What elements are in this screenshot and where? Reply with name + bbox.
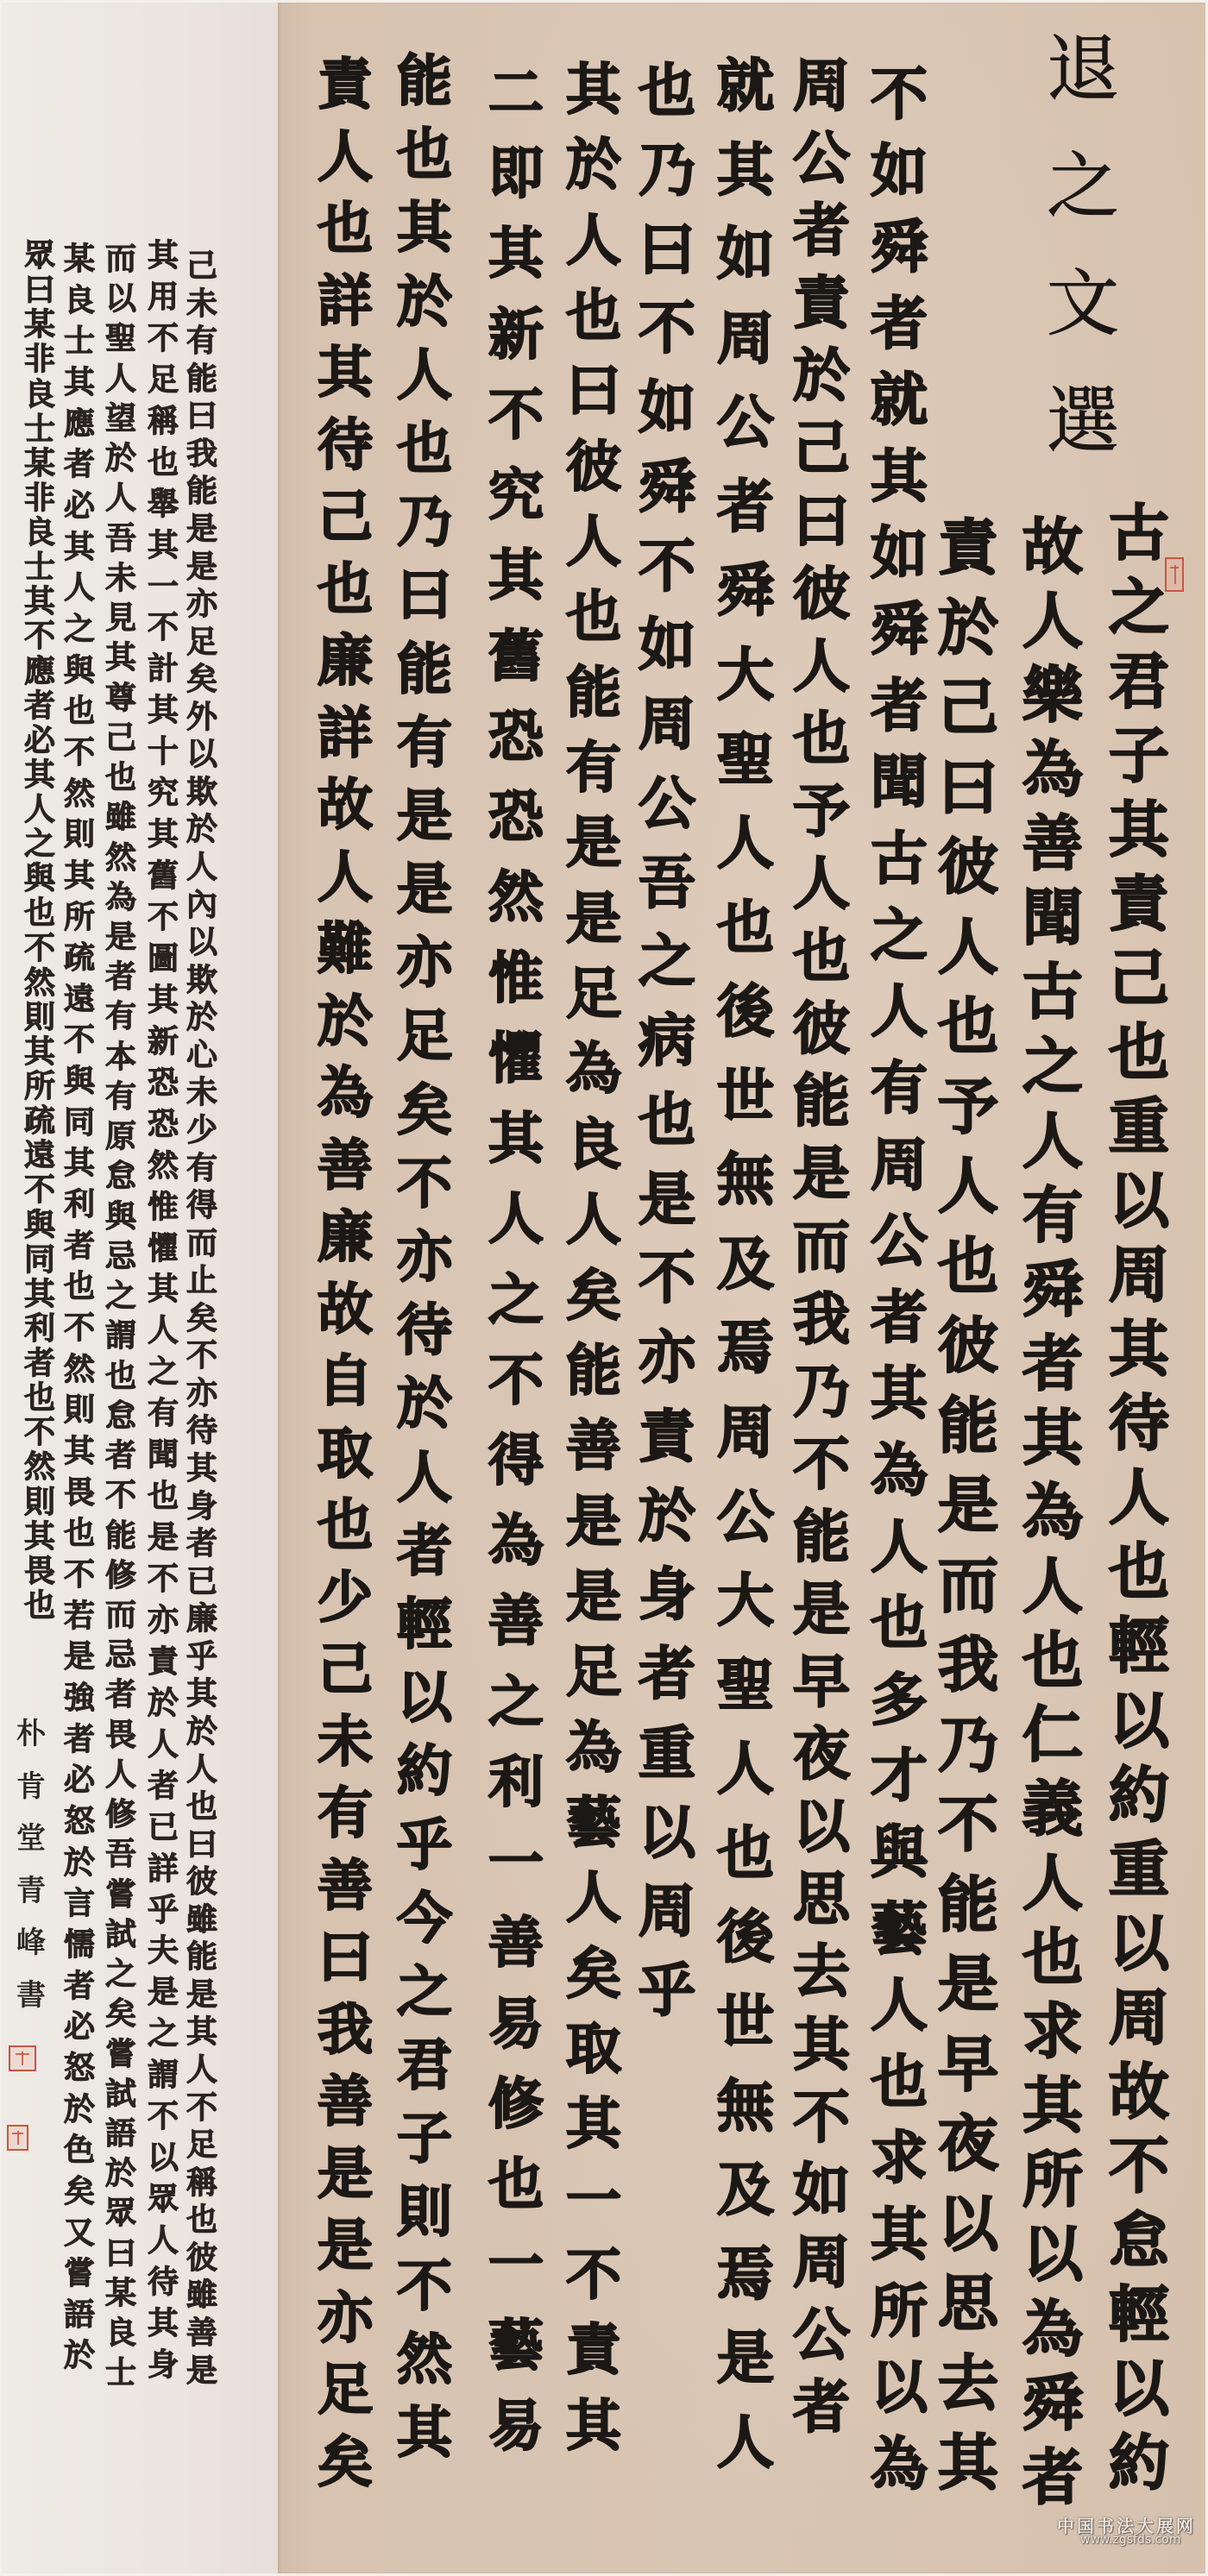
calligraphy-glyph: 聞 (1022, 888, 1083, 948)
calligraphy-glyph: 畏 (64, 1478, 95, 1509)
calligraphy-glyph: 為 (1022, 1482, 1083, 1542)
calligraphy-glyph: 也 (639, 1092, 695, 1149)
calligraphy-glyph: 取 (566, 2022, 621, 2077)
calligraphy-glyph: 舊 (488, 630, 544, 685)
calligraphy-glyph: 能 (566, 1344, 621, 1399)
calligraphy-glyph: 以 (793, 1799, 850, 1856)
calligraphy-glyph: 懦 (64, 1930, 95, 1961)
calligraphy-glyph: 也 (397, 422, 452, 477)
calligraphy-glyph: 我 (318, 2003, 373, 2058)
calligraphy-glyph: 也 (105, 1361, 136, 1392)
calligraphy-glyph: 於 (566, 138, 621, 193)
calligraphy-glyph: 其 (717, 142, 774, 199)
calligraphy-glyph: 其 (566, 2097, 621, 2152)
calligraphy-glyph: 是 (566, 1495, 621, 1550)
calligraphy-glyph: 朴 (16, 1719, 46, 1749)
calligraphy-glyph: 其 (1022, 1408, 1083, 1468)
calligraphy-glyph: 難 (318, 922, 373, 977)
calligraphy-glyph: 不 (64, 1560, 95, 1591)
calligraphy-glyph: 及 (717, 1236, 774, 1293)
calligraphy-glyph: 之 (488, 1675, 544, 1731)
calligraphy-glyph: 善 (1022, 814, 1083, 874)
calligraphy-glyph: 亦 (639, 1329, 695, 1386)
calligraphy-glyph: 去 (938, 2353, 998, 2414)
calligraphy-glyph: 也 (397, 128, 452, 183)
calligraphy-glyph: 者 (1022, 2447, 1083, 2508)
calligraphy-glyph: 同 (24, 1245, 55, 1276)
calligraphy-glyph: 有 (148, 1398, 179, 1429)
calligraphy-glyph: 其 (64, 368, 95, 399)
calligraphy-glyph: 修 (488, 2077, 544, 2133)
calligraphy-glyph: 恐 (488, 790, 544, 845)
calligraphy-glyph: 待 (148, 2267, 179, 2298)
calligraphy-glyph: 有 (871, 1060, 928, 1117)
calligraphy-glyph: 之 (871, 908, 928, 964)
calligraphy-glyph: 人 (1022, 1556, 1083, 1617)
calligraphy-glyph: 人 (148, 1316, 179, 1347)
calligraphy-glyph: 矣 (186, 1304, 217, 1335)
calligraphy-glyph: 望 (105, 404, 136, 435)
main-text-column-8: 其於人也曰彼人也能有是是足為良人矣能善是是足為藝人矣取其一不責其 (557, 63, 630, 2454)
calligraphy-glyph: 而 (186, 1228, 217, 1260)
calligraphy-glyph: 嘗 (64, 2259, 95, 2290)
calligraphy-glyph: 疏 (24, 1106, 55, 1137)
calligraphy-glyph: 曰 (186, 401, 217, 432)
calligraphy-glyph: 也 (24, 898, 55, 929)
calligraphy-glyph: 彼 (938, 1316, 998, 1376)
calligraphy-glyph: 責 (1109, 874, 1169, 934)
main-text-column-1: 古之君子其責己也重以周其待人也輕以約重以周故不怠輕以約 (1100, 503, 1178, 2493)
calligraphy-glyph: 舜 (871, 219, 928, 276)
calligraphy-glyph: 疏 (64, 943, 95, 974)
calligraphy-glyph: 於 (105, 2158, 136, 2190)
calligraphy-glyph: 有 (318, 1787, 373, 1842)
calligraphy-glyph: 乃 (793, 1364, 850, 1421)
calligraphy-glyph: 利 (64, 1190, 95, 1221)
calligraphy-glyph: 故 (318, 1283, 373, 1338)
calligraphy-glyph: 也 (148, 448, 179, 479)
calligraphy-glyph: 言 (64, 1888, 95, 1919)
calligraphy-glyph: 尊 (105, 683, 136, 714)
calligraphy-glyph: 其 (871, 2207, 928, 2264)
calligraphy-glyph: 亦 (186, 1379, 217, 1410)
calligraphy-glyph: 也 (105, 763, 136, 794)
calligraphy-glyph: 試 (105, 2079, 136, 2110)
calligraphy-glyph: 病 (639, 1013, 695, 1070)
calligraphy-glyph: 未 (186, 1078, 217, 1109)
calligraphy-glyph: 怠 (105, 1401, 136, 1432)
calligraphy-glyph: 不 (938, 1794, 998, 1855)
calligraphy-glyph: 以 (186, 739, 217, 770)
calligraphy-glyph: 亦 (397, 936, 452, 991)
calligraphy-glyph: 周 (717, 1404, 774, 1461)
calligraphy-glyph: 良 (24, 380, 55, 411)
calligraphy-glyph: 欺 (186, 777, 217, 808)
calligraphy-glyph: 之 (148, 1357, 179, 1388)
calligraphy-glyph: 身 (639, 1567, 695, 1624)
calligraphy-glyph: 懼 (488, 1032, 544, 1087)
calligraphy-glyph: 藝 (566, 1796, 621, 1851)
calligraphy-glyph: 也 (1022, 1630, 1083, 1691)
calligraphy-glyph: 責 (148, 1647, 179, 1678)
calligraphy-glyph: 其 (1022, 2076, 1083, 2136)
calligraphy-glyph: 世 (717, 1068, 774, 1125)
calligraphy-glyph: 不 (64, 738, 95, 769)
calligraphy-glyph: 其 (148, 2309, 179, 2340)
calligraphy-glyph: 予 (793, 783, 850, 840)
calligraphy-glyph: 有 (105, 1002, 136, 1033)
calligraphy-glyph: 及 (717, 2162, 774, 2219)
colophon-column-2: 其用不足稱也舉其一不計其十究其舊不圖其新恐恐然惟懼其人之有聞也是不亦責於人者已詳… (144, 241, 182, 2381)
calligraphy-glyph: 者 (793, 203, 850, 260)
calligraphy-glyph: 以 (938, 2194, 998, 2254)
calligraphy-glyph: 人 (148, 2226, 179, 2257)
calligraphy-glyph: 雖 (186, 2280, 217, 2311)
calligraphy-glyph: 舜 (1022, 1260, 1083, 1320)
calligraphy-glyph: 周 (1109, 1245, 1169, 1305)
calligraphy-glyph: 焉 (717, 2246, 774, 2303)
calligraphy-glyph: 是 (186, 552, 217, 583)
calligraphy-glyph: 與 (24, 1210, 55, 1241)
calligraphy-glyph: 乃 (938, 1715, 998, 1775)
scroll-title: 退之文選 (1038, 33, 1128, 457)
calligraphy-glyph: 有 (105, 1082, 136, 1113)
calligraphy-glyph: 如 (639, 380, 695, 437)
calligraphy-glyph: 於 (64, 2095, 95, 2126)
calligraphy-glyph: 然 (24, 968, 55, 999)
calligraphy-glyph: 不 (397, 2259, 452, 2315)
calligraphy-glyph: 大 (717, 1573, 774, 1630)
calligraphy-glyph: 若 (64, 1601, 95, 1632)
calligraphy-glyph: 怠 (105, 1161, 136, 1192)
calligraphy-glyph: 不 (639, 1250, 695, 1307)
calligraphy-glyph: 己 (186, 251, 217, 282)
calligraphy-glyph: 者 (64, 1725, 95, 1756)
calligraphy-glyph: 人 (566, 214, 621, 269)
calligraphy-glyph: 而 (938, 1555, 998, 1616)
calligraphy-glyph: 人 (148, 1730, 179, 1761)
calligraphy-glyph: 善 (566, 1419, 621, 1474)
calligraphy-glyph: 以 (397, 1671, 452, 1726)
calligraphy-glyph: 子 (397, 2112, 452, 2167)
calligraphy-glyph: 則 (24, 1002, 55, 1034)
calligraphy-glyph: 止 (186, 1266, 217, 1297)
calligraphy-glyph: 乃 (639, 142, 695, 199)
calligraphy-glyph: 眾 (24, 241, 55, 272)
calligraphy-glyph: 周 (793, 2234, 850, 2291)
calligraphy-glyph: 其 (186, 1679, 217, 1710)
calligraphy-glyph: 人 (566, 1193, 621, 1248)
calligraphy-glyph: 人 (64, 573, 95, 604)
calligraphy-glyph: 樂 (1022, 665, 1083, 726)
calligraphy-glyph: 得 (488, 1434, 544, 1489)
calligraphy-glyph: 十 (148, 737, 179, 768)
calligraphy-glyph: 二 (488, 66, 544, 122)
calligraphy-glyph: 人 (793, 638, 850, 695)
calligraphy-glyph: 士 (24, 414, 55, 445)
calligraphy-glyph: 堂 (16, 1824, 46, 1853)
calligraphy-glyph: 新 (488, 308, 544, 363)
calligraphy-glyph: 不 (639, 538, 695, 595)
calligraphy-glyph: 恐 (488, 710, 544, 765)
calligraphy-glyph: 未 (105, 563, 136, 594)
calligraphy-glyph: 是 (397, 789, 452, 845)
calligraphy-glyph: 舜 (871, 601, 928, 658)
calligraphy-glyph: 古 (871, 831, 928, 888)
calligraphy-glyph: 於 (186, 1717, 217, 1748)
calligraphy-glyph: 己 (318, 1643, 373, 1698)
calligraphy-glyph: 廉 (186, 1604, 217, 1635)
calligraphy-glyph: 所 (871, 2284, 928, 2340)
calligraphy-glyph: 輕 (1109, 2284, 1169, 2345)
calligraphy-glyph: 少 (318, 1571, 373, 1626)
seal-stamp-icon (1165, 557, 1184, 592)
calligraphy-glyph: 人 (318, 130, 373, 185)
calligraphy-glyph: 古 (1022, 962, 1083, 1022)
calligraphy-glyph: 惟 (488, 952, 544, 1007)
calligraphy-glyph: 為 (105, 883, 136, 914)
calligraphy-glyph: 易 (488, 1997, 544, 2052)
calligraphy-glyph: 青 (16, 1876, 46, 1906)
calligraphy-glyph: 未 (318, 1715, 373, 1770)
main-text-column-5: 周公者責於己曰彼人也予人也彼能是而我乃不能是早夜以思去其不如周公者 (784, 58, 859, 2436)
calligraphy-glyph: 是 (566, 816, 621, 871)
calligraphy-glyph: 不 (148, 324, 179, 355)
calligraphy-glyph: 之 (105, 1959, 136, 1990)
calligraphy-glyph: 是 (64, 1642, 95, 1673)
calligraphy-glyph: 公 (871, 1213, 928, 1270)
calligraphy-glyph: 有 (397, 716, 452, 771)
calligraphy-glyph: 良 (566, 1118, 621, 1173)
calligraphy-glyph: 是 (148, 1523, 179, 1554)
calligraphy-glyph: 不 (148, 1564, 179, 1595)
calligraphy-glyph: 必 (64, 2012, 95, 2043)
calligraphy-glyph: 其 (1109, 1319, 1169, 1379)
calligraphy-glyph: 所 (24, 1071, 55, 1103)
calligraphy-glyph: 人 (186, 2055, 217, 2086)
calligraphy-glyph: 待 (1109, 1393, 1169, 1454)
calligraphy-glyph: 矣 (397, 1084, 452, 1139)
calligraphy-glyph: 遠 (64, 984, 95, 1015)
calligraphy-glyph: 選 (1047, 385, 1119, 457)
calligraphy-glyph: 非 (24, 483, 55, 514)
calligraphy-glyph: 者 (105, 1680, 136, 1711)
calligraphy-glyph: 新 (148, 1027, 179, 1058)
calligraphy-glyph: 良 (64, 286, 95, 317)
main-text-column-7: 也乃曰不如舜不如周公吾之病也是不亦責於身者重以周乎 (630, 63, 704, 2020)
calligraphy-glyph: 曰 (397, 569, 452, 624)
calligraphy-glyph: 者 (24, 1348, 55, 1379)
calligraphy-glyph: 能 (938, 1396, 998, 1456)
calligraphy-glyph: 待 (397, 1304, 452, 1359)
calligraphy-glyph: 重 (1109, 1096, 1169, 1157)
calligraphy-glyph: 身 (148, 2350, 179, 2381)
calligraphy-glyph: 欺 (186, 965, 217, 996)
calligraphy-glyph: 責 (639, 1409, 695, 1466)
calligraphy-glyph: 也 (64, 1518, 95, 1549)
calligraphy-glyph: 其 (488, 549, 544, 604)
calligraphy-glyph: 是 (793, 1581, 850, 1638)
calligraphy-glyph: 聖 (717, 732, 774, 789)
calligraphy-glyph: 其 (186, 2017, 217, 2048)
calligraphy-glyph: 能 (186, 1942, 217, 1973)
calligraphy-glyph: 亦 (318, 2291, 373, 2347)
calligraphy-glyph: 曰 (105, 2239, 136, 2270)
calligraphy-glyph: 足 (566, 1645, 621, 1700)
calligraphy-glyph: 利 (24, 1314, 55, 1345)
calligraphy-glyph: 責 (318, 58, 373, 113)
calligraphy-glyph: 有 (1022, 1185, 1083, 1246)
calligraphy-glyph: 者 (148, 1771, 179, 1802)
calligraphy-glyph: 畏 (105, 1720, 136, 1751)
calligraphy-glyph: 就 (717, 58, 774, 115)
calligraphy-glyph: 不 (148, 613, 179, 644)
calligraphy-glyph: 為 (871, 2436, 928, 2493)
calligraphy-glyph: 一 (148, 572, 179, 603)
calligraphy-glyph: 恐 (148, 1068, 179, 1099)
calligraphy-glyph: 者 (105, 1441, 136, 1472)
calligraphy-glyph: 能 (397, 54, 452, 110)
calligraphy-glyph: 然 (488, 870, 544, 926)
calligraphy-glyph: 義 (1022, 1779, 1083, 1839)
calligraphy-glyph: 舜 (1022, 2373, 1083, 2434)
calligraphy-glyph: 乎 (148, 1895, 179, 1926)
calligraphy-glyph: 足 (186, 2130, 217, 2161)
calligraphy-glyph: 語 (64, 2300, 95, 2331)
calligraphy-glyph: 不 (793, 2089, 850, 2146)
calligraphy-glyph: 君 (1109, 651, 1169, 712)
calligraphy-glyph: 修 (105, 1800, 136, 1831)
calligraphy-glyph: 於 (186, 1002, 217, 1034)
calligraphy-glyph: 必 (64, 491, 95, 522)
calligraphy-glyph: 峰 (16, 1928, 46, 1957)
calligraphy-glyph: 士 (64, 326, 95, 357)
calligraphy-glyph: 良 (105, 2318, 136, 2349)
calligraphy-glyph: 修 (105, 1561, 136, 1592)
calligraphy-glyph: 古 (1109, 503, 1169, 563)
calligraphy-glyph: 也 (186, 2205, 217, 2236)
calligraphy-glyph: 則 (64, 820, 95, 851)
calligraphy-glyph: 有 (186, 326, 217, 357)
calligraphy-glyph: 謂 (148, 2060, 179, 2091)
calligraphy-glyph: 能 (793, 1073, 850, 1130)
calligraphy-glyph: 有 (186, 1153, 217, 1184)
calligraphy-glyph: 不 (148, 902, 179, 933)
calligraphy-glyph: 周 (639, 1883, 695, 1940)
calligraphy-glyph: 與 (105, 1202, 136, 1233)
calligraphy-glyph: 足 (148, 365, 179, 396)
calligraphy-glyph: 人 (871, 1519, 928, 1576)
calligraphy-glyph: 曰 (24, 275, 55, 306)
calligraphy-glyph: 也 (1109, 1022, 1169, 1083)
calligraphy-glyph: 公 (717, 394, 774, 451)
calligraphy-glyph: 曰 (938, 757, 998, 818)
main-text-column-6: 就其如周公者舜大聖人也後世無及焉周公大聖人也後世無及焉是人 (708, 58, 783, 2472)
calligraphy-glyph: 後 (717, 1909, 774, 1966)
calligraphy-glyph: 計 (148, 654, 179, 685)
calligraphy-glyph: 人 (397, 349, 452, 404)
calligraphy-glyph: 人 (488, 1192, 544, 1247)
calligraphy-glyph: 不 (488, 388, 544, 443)
calligraphy-glyph: 也 (871, 1595, 928, 1652)
calligraphy-glyph: 以 (639, 1805, 695, 1862)
calligraphy-glyph: 遠 (24, 1140, 55, 1172)
calligraphy-glyph: 公 (639, 776, 695, 832)
calligraphy-glyph: 也 (938, 996, 998, 1057)
calligraphy-glyph: 人 (397, 1451, 452, 1506)
calligraphy-glyph: 即 (488, 147, 544, 202)
calligraphy-glyph: 足 (186, 627, 217, 658)
calligraphy-glyph: 其 (24, 1037, 55, 1068)
calligraphy-glyph: 世 (717, 1994, 774, 2051)
calligraphy-glyph: 不 (793, 1436, 850, 1493)
calligraphy-glyph: 能 (566, 666, 621, 721)
calligraphy-glyph: 用 (148, 282, 179, 313)
calligraphy-glyph: 不 (871, 66, 928, 123)
calligraphy-glyph: 周 (639, 696, 695, 753)
colophon-column-4: 某良士其應者必其人之與也不然則其所疏遠不與同其利者也不然則其畏也不若是強者必怒於… (60, 244, 98, 2372)
main-text-column-9: 二即其新不究其舊恐恐然惟懼其人之不得為善之利一善易修也一藝易 (480, 66, 552, 2454)
calligraphy-glyph: 人 (105, 1760, 136, 1791)
calligraphy-glyph: 我 (938, 1635, 998, 1695)
calligraphy-glyph: 是 (148, 1977, 179, 2008)
calligraphy-glyph: 矣 (566, 1269, 621, 1324)
calligraphy-glyph: 廉 (318, 1210, 373, 1266)
calligraphy-glyph: 足 (397, 1009, 452, 1065)
calligraphy-glyph: 恐 (148, 1109, 179, 1140)
calligraphy-glyph: 於 (397, 1377, 452, 1432)
calligraphy-glyph: 彼 (186, 1867, 217, 1898)
calligraphy-glyph: 吾 (639, 855, 695, 912)
calligraphy-glyph: 焉 (717, 1320, 774, 1377)
calligraphy-glyph: 是 (566, 892, 621, 947)
calligraphy-glyph: 雖 (105, 802, 136, 833)
calligraphy-glyph: 則 (24, 1487, 55, 1518)
calligraphy-glyph: 然 (105, 843, 136, 874)
calligraphy-glyph: 又 (64, 2218, 95, 2249)
calligraphy-glyph: 曰 (566, 364, 621, 419)
calligraphy-glyph: 是 (938, 1475, 998, 1536)
calligraphy-glyph: 必 (64, 1765, 95, 1796)
calligraphy-glyph: 之 (1022, 1036, 1083, 1096)
calligraphy-glyph: 於 (793, 348, 850, 405)
calligraphy-glyph: 於 (186, 814, 217, 845)
calligraphy-glyph: 為 (1022, 739, 1083, 800)
calligraphy-glyph: 周 (871, 1137, 928, 1194)
calligraphy-glyph: 者 (397, 1524, 452, 1580)
calligraphy-glyph: 書 (16, 1981, 46, 2010)
calligraphy-glyph: 才 (871, 1748, 928, 1805)
calligraphy-glyph: 能 (397, 643, 452, 698)
calligraphy-glyph: 良 (24, 518, 55, 549)
calligraphy-glyph: 仁 (1022, 1705, 1083, 1765)
calligraphy-glyph: 者 (186, 1529, 217, 1560)
calligraphy-glyph: 約 (1109, 2433, 1169, 2493)
artist-signature: 朴肯堂青峰書 (13, 1719, 49, 2010)
calligraphy-glyph: 為 (566, 1042, 621, 1097)
main-text-column-3: 責於己曰彼人也予人也彼能是而我乃不能是早夜以思去其 (929, 518, 1007, 2493)
calligraphy-glyph: 後 (717, 983, 774, 1040)
calligraphy-glyph: 乎 (397, 1819, 452, 1874)
calligraphy-glyph: 也 (566, 590, 621, 645)
calligraphy-glyph: 人 (1109, 1467, 1169, 1528)
calligraphy-glyph: 不 (105, 1480, 136, 1511)
calligraphy-glyph: 之 (1109, 577, 1169, 638)
calligraphy-glyph: 詳 (318, 707, 373, 762)
calligraphy-glyph: 不 (24, 621, 55, 652)
calligraphy-glyph: 與 (871, 1825, 928, 1882)
calligraphy-glyph: 色 (64, 2135, 95, 2166)
